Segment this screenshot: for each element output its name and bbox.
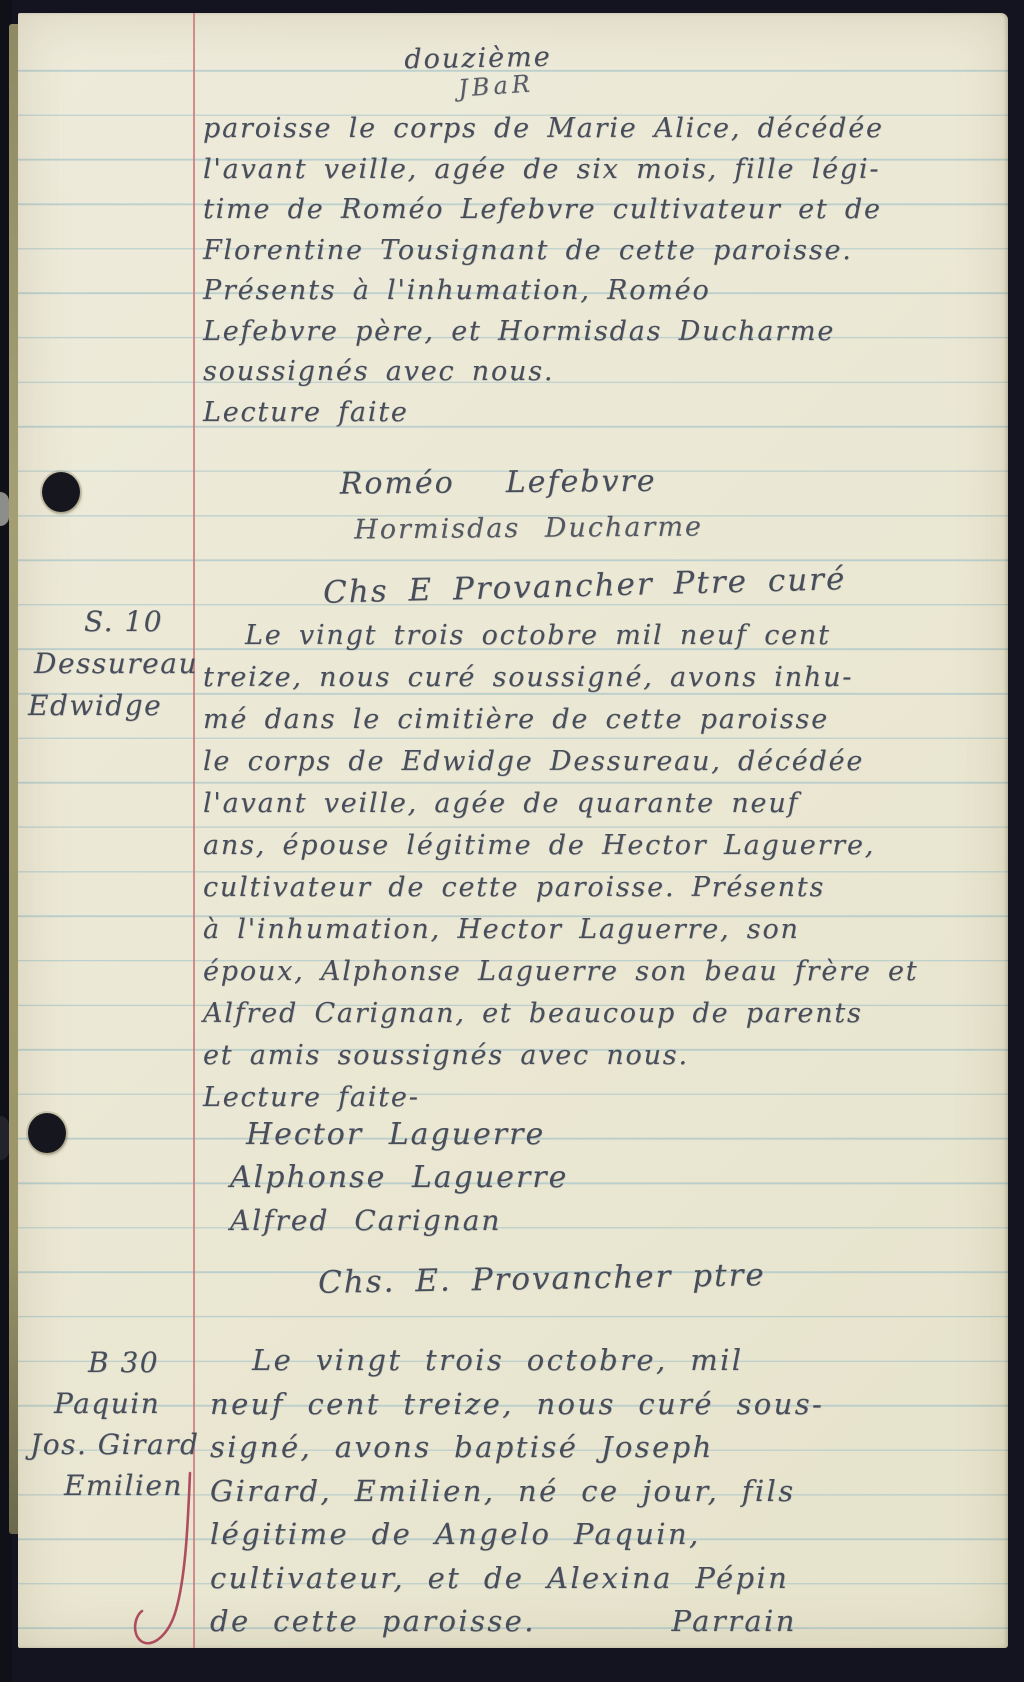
handwritten-line: légitime de Angelo Paquin, — [210, 1513, 990, 1557]
handwritten-line: Jos. Girard — [30, 1424, 203, 1465]
margin-note-s10-dessureau: S. 10DessureauEdwidge — [26, 601, 201, 727]
handwritten-line: Girard, Emilien, né ce jour, fils — [210, 1470, 990, 1514]
handwritten-line: l'avant veille, agée de six mois, fille … — [203, 150, 983, 191]
handwritten-line: Dessureau — [34, 643, 201, 685]
red-pen-checkmark — [116, 1465, 211, 1660]
binding-mark — [0, 1116, 9, 1160]
handwritten-line: Le vingt trois octobre, mil — [210, 1339, 990, 1383]
entry-burial-edwidge-dessureau-text: Le vingt trois octobre mil neuf centtrei… — [203, 615, 1003, 1119]
handwritten-line: cultivateur, et de Alexina Pépin — [210, 1557, 990, 1601]
page-header-note: douzième JBaR — [348, 43, 608, 100]
entry-2-witness-signatures: Hector LaguerreAlphonse LaguerreAlfred C… — [230, 1113, 568, 1242]
handwritten-line: Le vingt trois octobre mil neuf cent — [203, 615, 1003, 657]
handwritten-line: l'avant veille, agée de quarante neuf — [203, 783, 1003, 825]
handwritten-line: signé, avons baptisé Joseph — [210, 1426, 990, 1470]
handwritten-line: cultivateur de cette paroisse. Présents — [203, 867, 1003, 909]
handwritten-line: neuf cent treize, nous curé sous- — [210, 1383, 990, 1427]
handwritten-line: Lefebvre père, et Hormisdas Ducharme — [203, 312, 983, 353]
handwritten-line: soussignés avec nous. — [203, 352, 983, 393]
handwritten-line: paroisse le corps de Marie Alice, décédé… — [203, 109, 983, 150]
register-scan: douzième JBaR paroisse le corps de Marie… — [0, 0, 1024, 1682]
binding-mark — [0, 492, 9, 526]
handwritten-line: Hector Laguerre — [246, 1113, 568, 1156]
handwritten-line: Florentine Tousignant de cette paroisse. — [203, 231, 983, 272]
handwritten-line: B 30 — [88, 1342, 203, 1383]
handwritten-line: Hormisdas Ducharme — [354, 504, 703, 553]
handwritten-line: Edwidge — [28, 685, 201, 727]
entry-1-officiant-signature: Chs E Provancher Ptre curé — [323, 561, 847, 611]
handwritten-line: time de Roméo Lefebvre cultivateur et de — [203, 190, 983, 231]
handwritten-line: Roméo Lefebvre — [340, 458, 703, 507]
handwritten-line: et amis soussignés avec nous. — [203, 1035, 1003, 1077]
handwritten-line: Paquin — [54, 1383, 203, 1424]
handwritten-line: à l'inhumation, Hector Laguerre, son — [203, 909, 1003, 951]
register-page: douzième JBaR paroisse le corps de Marie… — [18, 13, 1008, 1648]
handwritten-line: Présents à l'inhumation, Roméo — [203, 271, 983, 312]
handwritten-line: ans, épouse légitime de Hector Laguerre, — [203, 825, 1003, 867]
punch-hole — [42, 472, 80, 512]
handwritten-line: S. 10 — [84, 601, 201, 643]
handwritten-line: le corps de Edwidge Dessureau, décédée — [203, 741, 1003, 783]
handwritten-line: Alfred Carignan — [230, 1199, 568, 1242]
entry-burial-marie-alice-text: paroisse le corps de Marie Alice, décédé… — [203, 109, 983, 433]
entry-1-witness-signatures: Roméo LefebvreHormisdas Ducharme — [340, 458, 704, 553]
handwritten-line: mé dans le cimitière de cette paroisse — [203, 699, 1003, 741]
handwritten-line: de cette paroisse. Parrain — [210, 1600, 990, 1644]
handwritten-line: treize, nous curé soussigné, avons inhu- — [203, 657, 1003, 699]
handwritten-line: Lecture faite — [203, 393, 983, 434]
handwritten-line: Alfred Carignan, et beaucoup de parents — [203, 993, 1003, 1035]
handwritten-line: Alphonse Laguerre — [230, 1156, 568, 1199]
punch-hole — [28, 1113, 66, 1153]
handwritten-line: époux, Alphonse Laguerre son beau frère … — [203, 951, 1003, 993]
entry-baptism-joseph-girard-emilien-text: Le vingt trois octobre, milneuf cent tre… — [210, 1339, 990, 1644]
entry-2-officiant-signature: Chs. E. Provancher ptre — [318, 1257, 766, 1301]
